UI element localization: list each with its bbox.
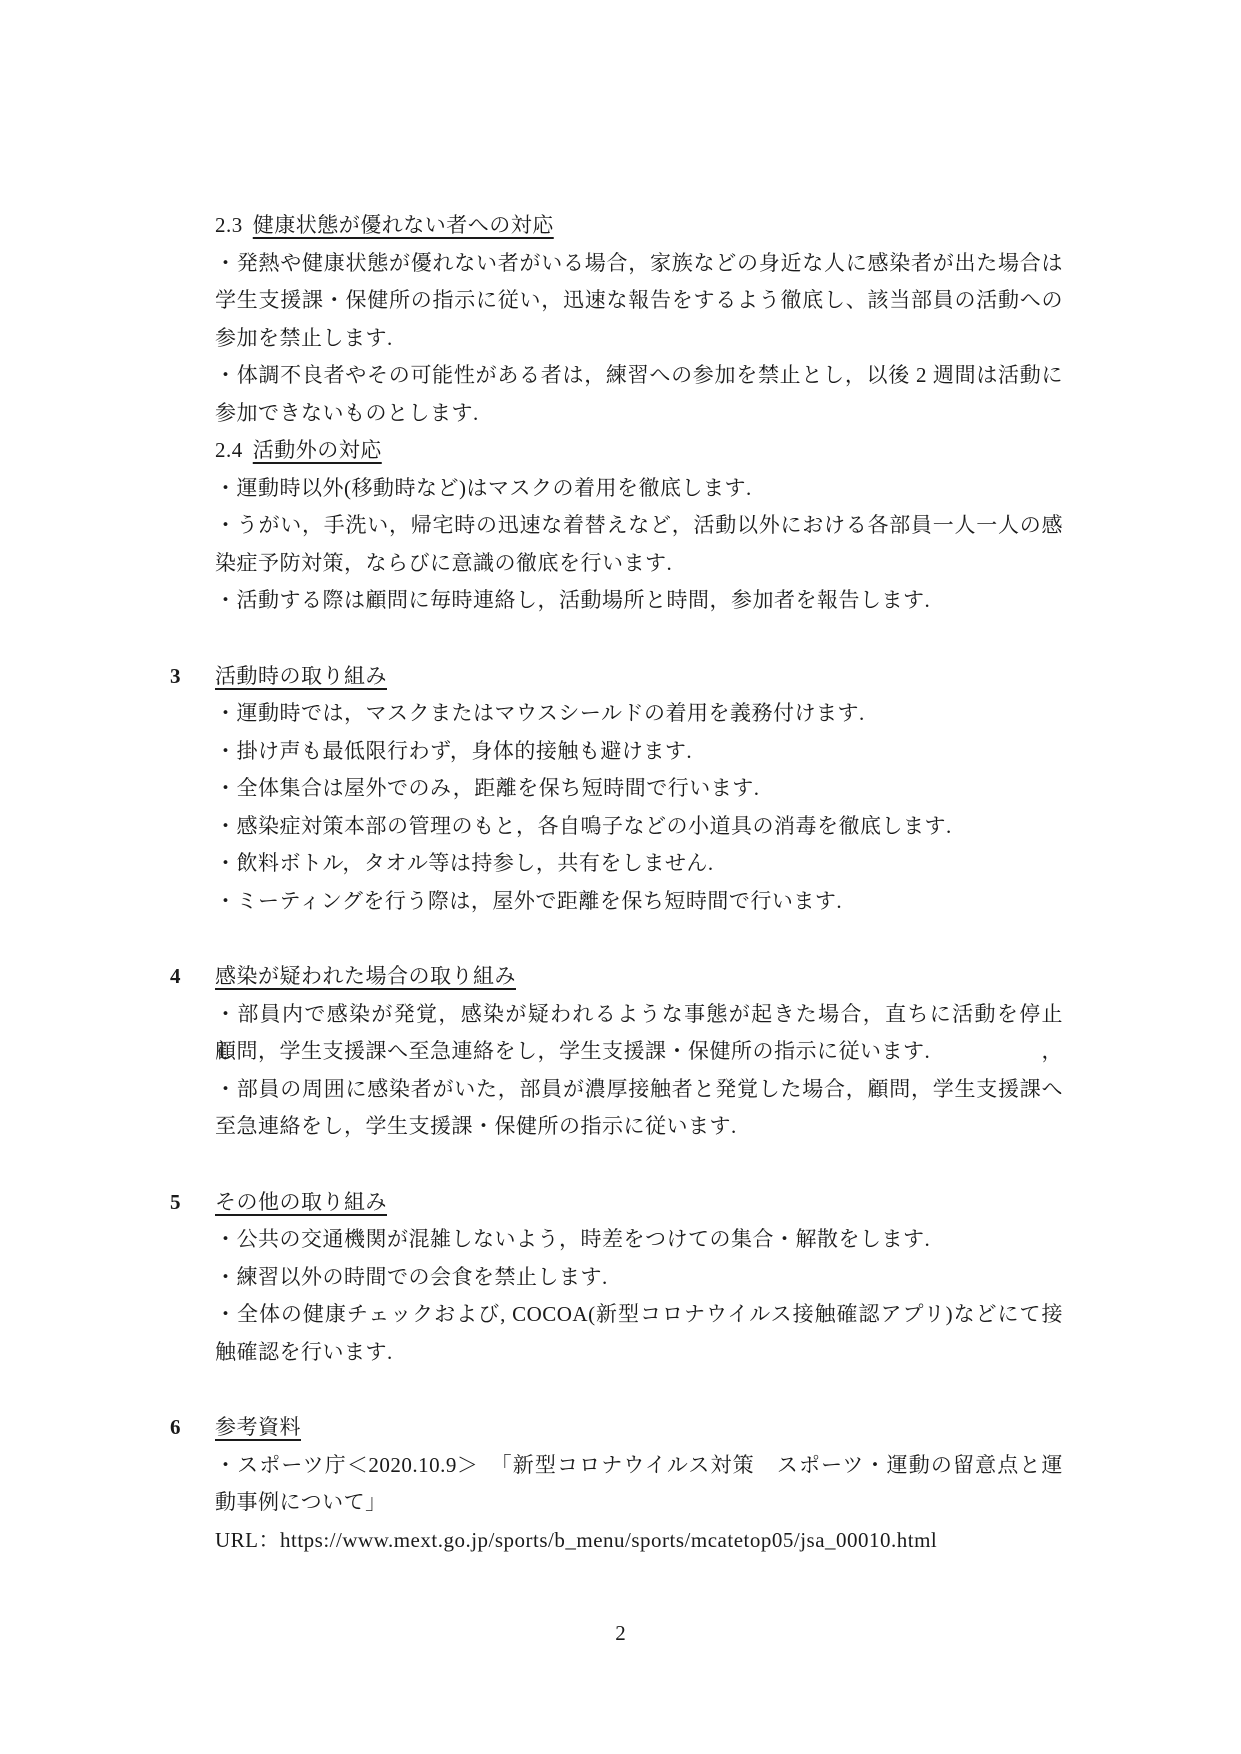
text-line: 参加を禁止します.: [215, 320, 1063, 358]
section-number: 5: [170, 1184, 181, 1222]
section-heading: 6参考資料: [215, 1409, 1063, 1447]
section-5: 5その他の取り組み ・公共の交通機関が混雑しないよう，時差をつけての集合・解散を…: [215, 1184, 1063, 1372]
section-heading: 5その他の取り組み: [215, 1184, 1063, 1222]
section-4: 4感染が疑われた場合の取り組み ・部員内で感染が発覚，感染が疑われるような事態が…: [215, 958, 1063, 1146]
section-number: 6: [170, 1409, 181, 1447]
section-title: 健康状態が優れない者への対応: [253, 213, 554, 237]
text-line: ・体調不良者やその可能性がある者は，練習への参加を禁止とし，以後 2 週間は活動…: [215, 357, 1063, 395]
text-line: ・部員の周囲に感染者がいた，部員が濃厚接触者と発覚した場合，顧問，学生支援課へ: [215, 1071, 1063, 1109]
section-title: 活動時の取り組み: [215, 664, 387, 688]
section-heading: 3活動時の取り組み: [215, 658, 1063, 696]
section-number: 2.4: [215, 438, 243, 462]
text-line: ・全体集合は屋外でのみ，距離を保ち短時間で行います.: [215, 770, 1063, 808]
text-line: 学生支援課・保健所の指示に従い，迅速な報告をするよう徹底し、該当部員の活動への: [215, 282, 1063, 320]
text-line: ・部員内で感染が発覚，感染が疑われるような事態が起きた場合，直ちに活動を停止し，: [215, 996, 1063, 1034]
section-title: 参考資料: [215, 1415, 301, 1439]
section-heading: 2.3健康状態が優れない者への対応: [215, 207, 1063, 245]
text-line: ・運動時では，マスクまたはマウスシールドの着用を義務付けます.: [215, 695, 1063, 733]
section-title: 感染が疑われた場合の取り組み: [215, 964, 516, 988]
text-line: ・公共の交通機関が混雑しないよう，時差をつけての集合・解散をします.: [215, 1221, 1063, 1259]
text-line: ・全体の健康チェックおよび, COCOA(新型コロナウイルス接触確認アプリ)など…: [215, 1296, 1063, 1334]
text-line: ・運動時以外(移動時など)はマスクの着用を徹底します.: [215, 470, 1063, 508]
section-2-3: 2.3健康状態が優れない者への対応 ・発熱や健康状態が優れない者がいる場合，家族…: [215, 207, 1063, 432]
text-line: 染症予防対策，ならびに意識の徹底を行います.: [215, 545, 1063, 583]
document-body: 2.3健康状態が優れない者への対応 ・発熱や健康状態が優れない者がいる場合，家族…: [215, 207, 1063, 1559]
text-line: ・感染症対策本部の管理のもと，各自鳴子などの小道具の消毒を徹底します.: [215, 808, 1063, 846]
text-line: ・うがい，手洗い，帰宅時の迅速な着替えなど，活動以外における各部員一人一人の感: [215, 507, 1063, 545]
section-number: 3: [170, 658, 181, 696]
section-title: 活動外の対応: [253, 438, 382, 462]
text-line: ・発熱や健康状態が優れない者がいる場合，家族などの身近な人に感染者が出た場合は: [215, 245, 1063, 283]
text-line: ・掛け声も最低限行わず，身体的接触も避けます.: [215, 733, 1063, 771]
text-line: ・飲料ボトル，タオル等は持参し，共有をしません.: [215, 845, 1063, 883]
text-line: ・活動する際は顧問に毎時連絡し，活動場所と時間，参加者を報告します.: [215, 582, 1063, 620]
page-number: 2: [0, 1615, 1241, 1653]
section-2-4: 2.4活動外の対応 ・運動時以外(移動時など)はマスクの着用を徹底します. ・う…: [215, 432, 1063, 620]
document-page: 2.3健康状態が優れない者への対応 ・発熱や健康状態が優れない者がいる場合，家族…: [0, 0, 1241, 1754]
section-heading: 2.4活動外の対応: [215, 432, 1063, 470]
text-line: 至急連絡をし，学生支援課・保健所の指示に従います.: [215, 1108, 1063, 1146]
section-heading: 4感染が疑われた場合の取り組み: [215, 958, 1063, 996]
text-line: ・ミーティングを行う際は，屋外で距離を保ち短時間で行います.: [215, 883, 1063, 921]
reference-url: URL：https://www.mext.go.jp/sports/b_menu…: [215, 1522, 1063, 1560]
section-number: 2.3: [215, 213, 243, 237]
section-title: その他の取り組み: [215, 1190, 387, 1214]
text-line: ・練習以外の時間での会食を禁止します.: [215, 1259, 1063, 1297]
section-number: 4: [170, 958, 181, 996]
text-line: 触確認を行います.: [215, 1334, 1063, 1372]
text-line: 動事例について」: [215, 1484, 1063, 1522]
section-6: 6参考資料 ・スポーツ庁＜2020.10.9＞ 「新型コロナウイルス対策 スポー…: [215, 1409, 1063, 1559]
text-line: 参加できないものとします.: [215, 395, 1063, 433]
section-3: 3活動時の取り組み ・運動時では，マスクまたはマウスシールドの着用を義務付けます…: [215, 658, 1063, 921]
text-line: ・スポーツ庁＜2020.10.9＞ 「新型コロナウイルス対策 スポーツ・運動の留…: [215, 1447, 1063, 1485]
